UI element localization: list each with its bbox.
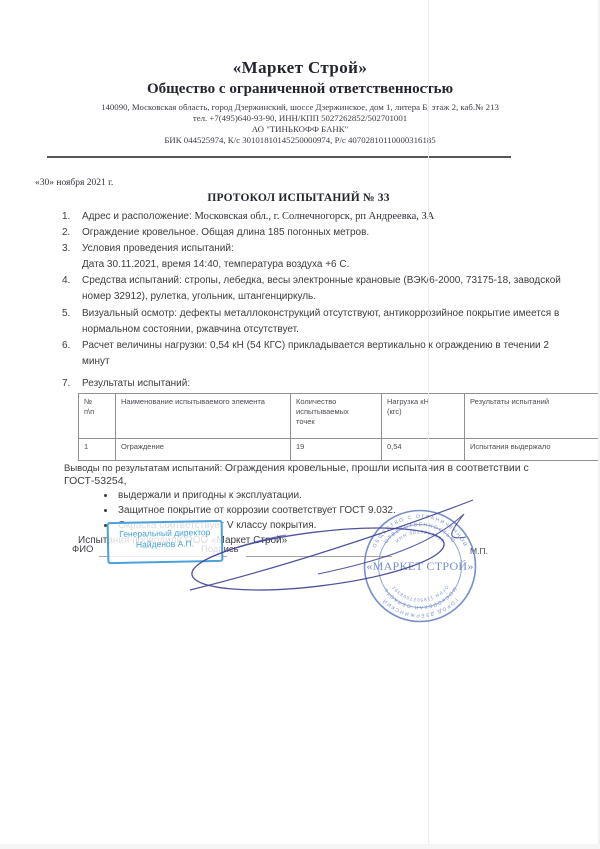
handwritten-signature — [148, 478, 495, 610]
signature-loop — [189, 517, 448, 602]
signature-stroke — [190, 500, 473, 590]
scanned-document-page: «Маркет Строй» Общество с ограниченной о… — [0, 0, 600, 849]
scan-edge-bottom — [0, 844, 600, 849]
stamps-layer: ФИО Подпись М.П. Генеральный директор На… — [0, 0, 600, 849]
fio-label: ФИО — [72, 544, 93, 555]
